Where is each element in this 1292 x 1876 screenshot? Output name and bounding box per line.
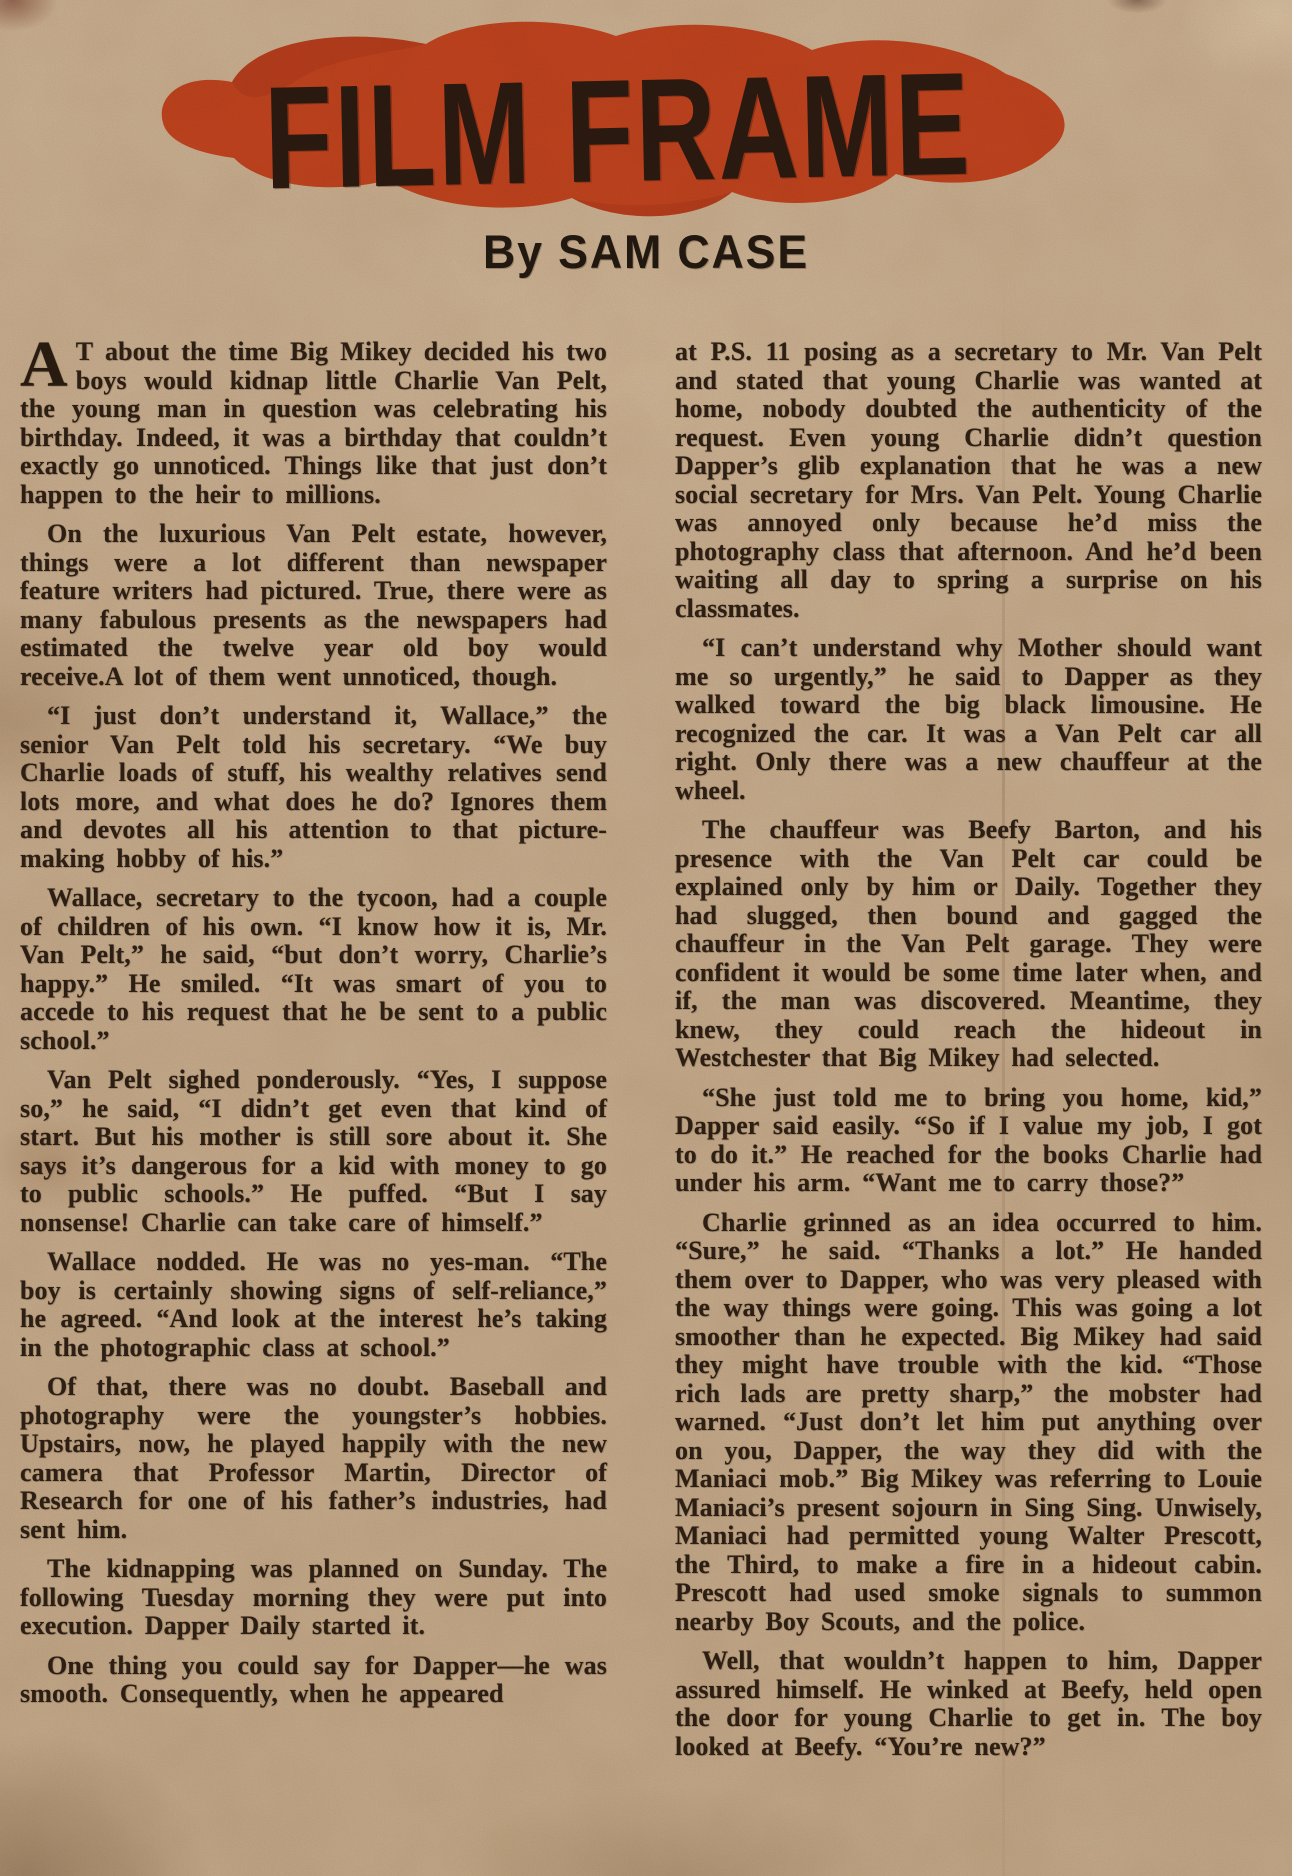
paragraph-text: T about the time Big Mikey decided his t… (20, 337, 607, 509)
story-paragraph: at P.S. 11 posing as a secretary to Mr. … (675, 338, 1262, 623)
story-paragraph: “I just don’t understand it, Wallace,” t… (20, 702, 607, 873)
story-paragraph: “I can’t understand why Mother should wa… (675, 634, 1262, 805)
story-paragraph: Wallace nodded. He was no yes-man. “The … (20, 1248, 607, 1362)
story-paragraph: AT about the time Big Mikey decided his … (20, 338, 607, 509)
story-columns: AT about the time Big Mikey decided his … (20, 338, 1262, 1862)
story-paragraph: Wallace, secretary to the tycoon, had a … (20, 884, 607, 1055)
story-paragraph: The kidnapping was planned on Sunday. Th… (20, 1555, 607, 1641)
masthead: FILM FRAME (148, 14, 1088, 229)
story-paragraph: The chauffeur was Beefy Barton, and his … (675, 816, 1262, 1073)
comic-text-page: FILM FRAME By SAM CASE AT about the time… (0, 0, 1292, 1876)
byline: By SAM CASE (32, 224, 1259, 279)
story-paragraph: On the luxurious Van Pelt estate, howeve… (20, 520, 607, 691)
story-paragraph: Of that, there was no doubt. Baseball an… (20, 1373, 607, 1544)
drop-cap: A (20, 338, 76, 390)
story-paragraph: One thing you could say for Dapper—he wa… (20, 1652, 607, 1709)
story-paragraph: Well, that wouldn’t happen to him, Dappe… (675, 1647, 1262, 1761)
page-title: FILM FRAME (259, 51, 976, 212)
story-paragraph: “She just told me to bring you home, kid… (675, 1084, 1262, 1198)
left-column: AT about the time Big Mikey decided his … (20, 338, 607, 1862)
story-paragraph: Van Pelt sighed ponderously. “Yes, I sup… (20, 1066, 607, 1237)
right-column: at P.S. 11 posing as a secretary to Mr. … (675, 338, 1262, 1862)
story-paragraph: Charlie grinned as an idea occurred to h… (675, 1209, 1262, 1637)
